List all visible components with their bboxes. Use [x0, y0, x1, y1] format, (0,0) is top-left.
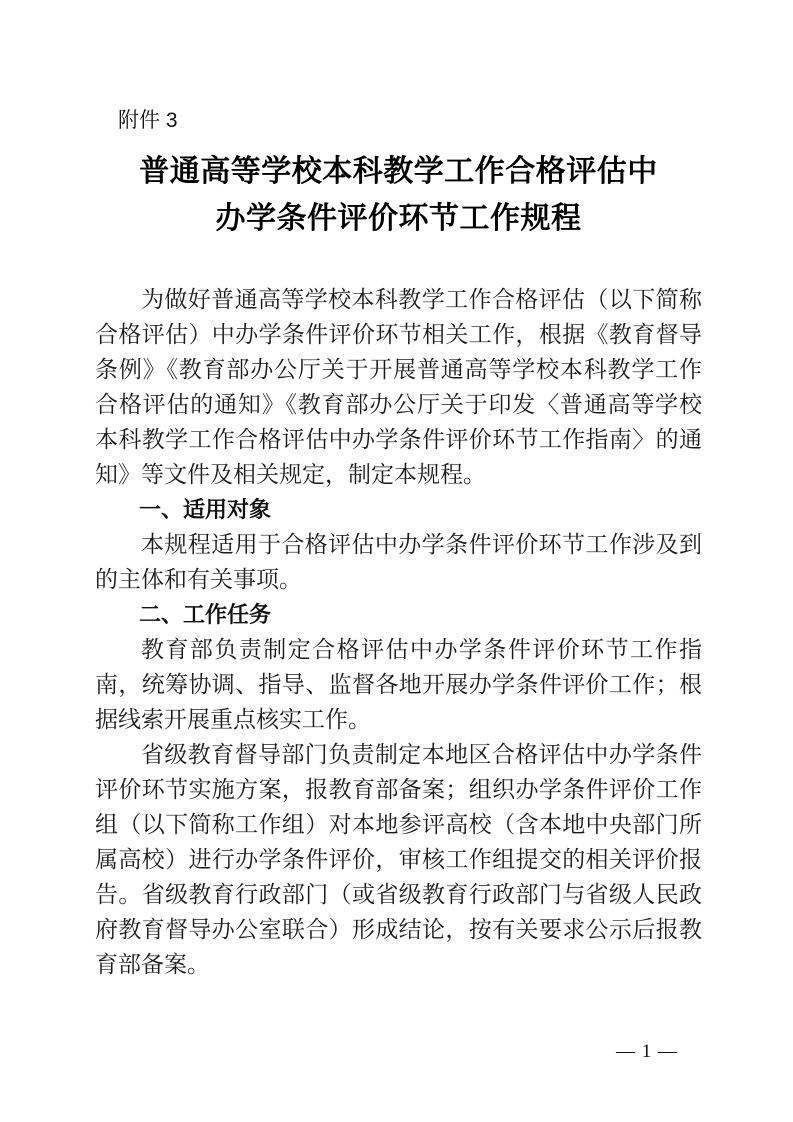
intro-paragraph: 为做好普通高等学校本科教学工作合格评估（以下简称合格评估）中办学条件评价环节相关…: [95, 282, 702, 492]
section-1-heading: 一、适用对象: [95, 492, 702, 527]
section-2-paragraph-2: 省级教育督导部门负责制定本地区合格评估中办学条件评价环节实施方案，报教育部备案；…: [95, 737, 702, 982]
section-2-paragraph-1: 教育部负责制定合格评估中办学条件评价环节工作指南，统筹协调、指导、监督各地开展办…: [95, 632, 702, 737]
document-title-line-1: 普通高等学校本科教学工作合格评估中: [95, 148, 702, 195]
attachment-label: 附件 3: [118, 108, 702, 134]
document-title: 普通高等学校本科教学工作合格评估中 办学条件评价环节工作规程: [95, 148, 702, 242]
section-1-paragraph: 本规程适用于合格评估中办学条件评价环节工作涉及到的主体和有关事项。: [95, 527, 702, 597]
section-2-heading: 二、工作任务: [95, 597, 702, 632]
page-number: — 1 —: [616, 1040, 678, 1064]
document-title-line-2: 办学条件评价环节工作规程: [95, 195, 702, 242]
document-body: 为做好普通高等学校本科教学工作合格评估（以下简称合格评估）中办学条件评价环节相关…: [95, 282, 702, 982]
document-content: 附件 3 普通高等学校本科教学工作合格评估中 办学条件评价环节工作规程 为做好普…: [95, 0, 702, 982]
document-page: 附件 3 普通高等学校本科教学工作合格评估中 办学条件评价环节工作规程 为做好普…: [0, 0, 793, 1122]
